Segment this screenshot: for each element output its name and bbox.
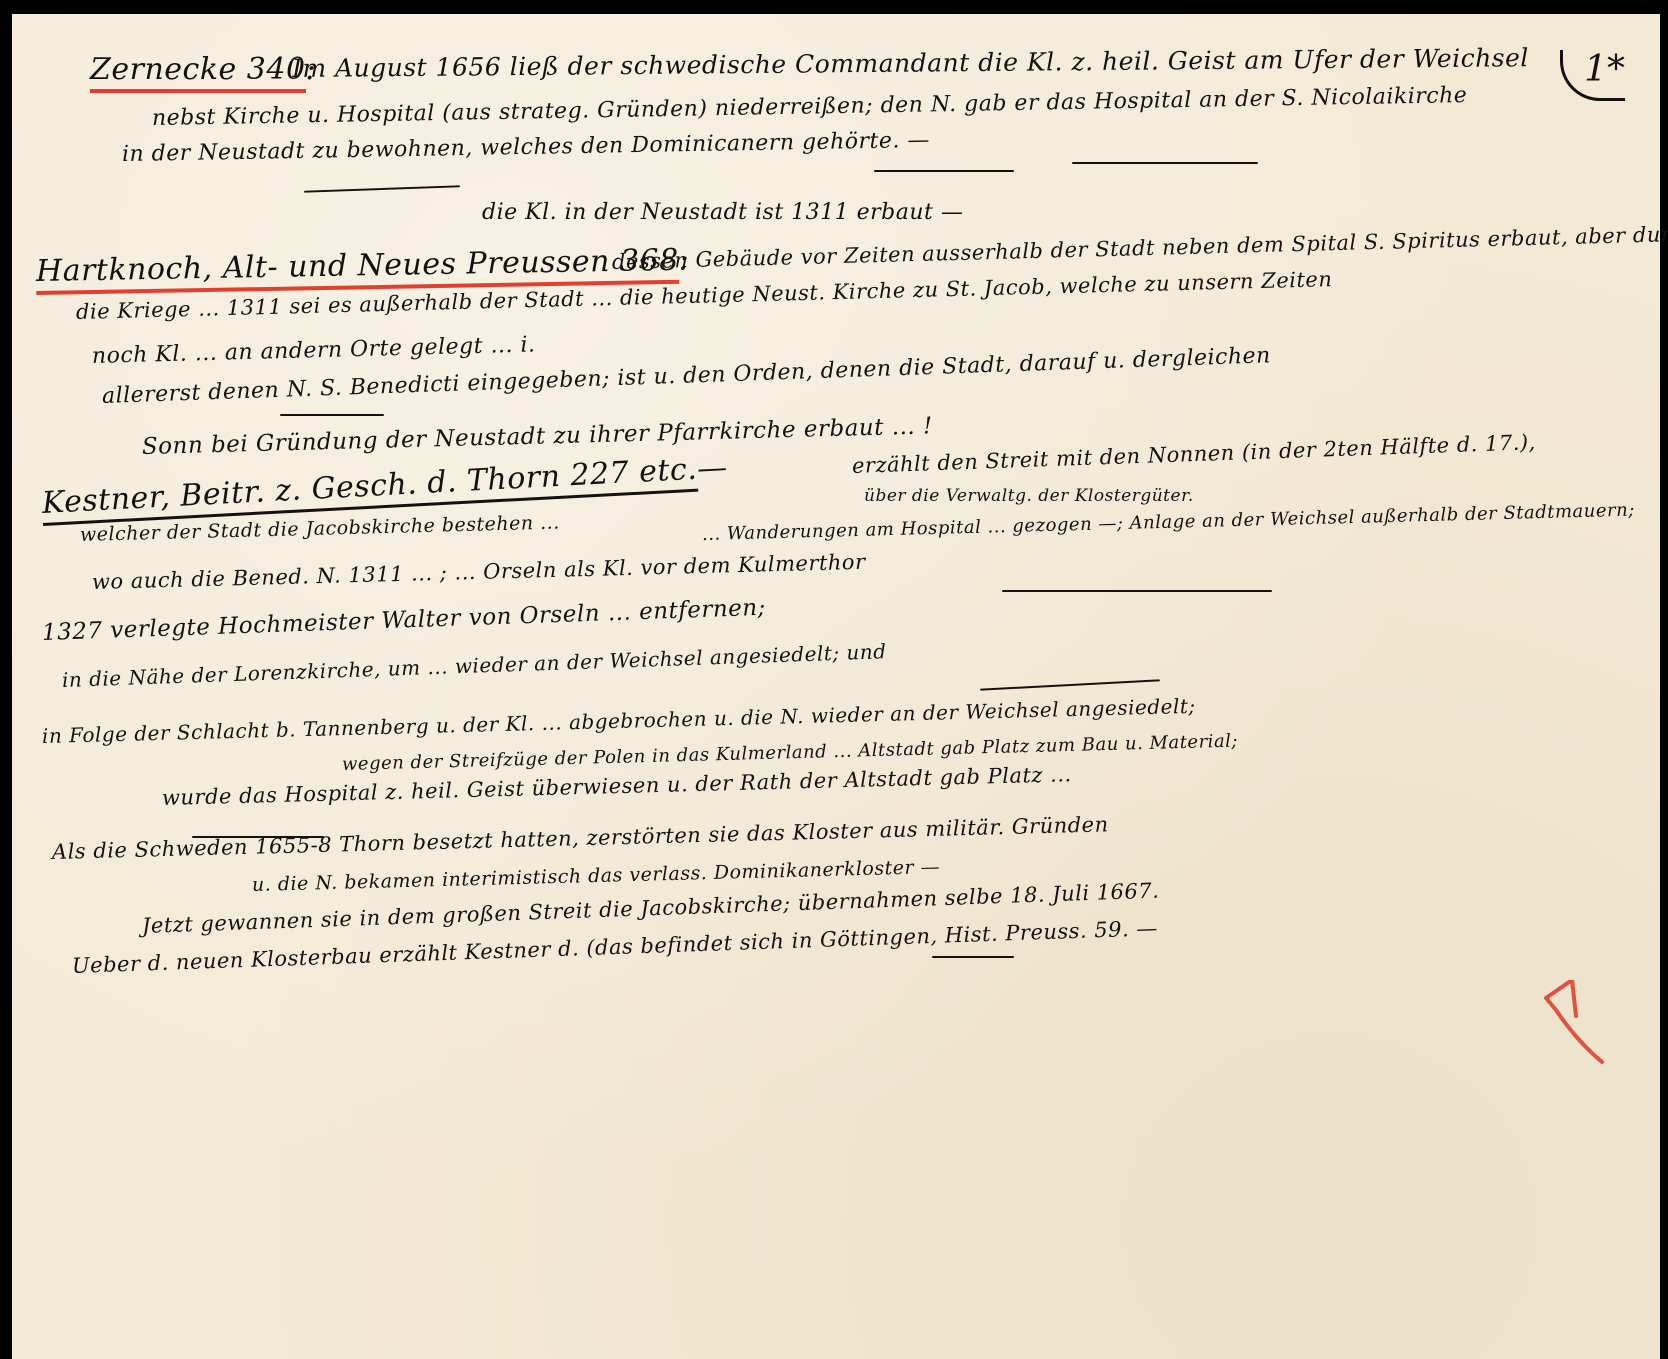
underline-weichsel — [980, 679, 1160, 690]
source-reference: Kestner, Beitr. z. Gesch. d. Thorn 227 e… — [41, 450, 728, 521]
separator-rule — [304, 185, 460, 192]
text-line: dessen Gebäude vor Zeiten ausserhalb der… — [612, 222, 1668, 274]
text-line: 1327 verlegte Hochmeister Walter von Ors… — [42, 595, 767, 646]
separator-rule — [874, 170, 1014, 172]
text-line: wo auch die Bened. N. 1311 ... ; ... Ors… — [92, 550, 866, 594]
underline-goettingen — [932, 956, 1014, 958]
text-line: erzählt den Streit mit den Nonnen (in de… — [852, 430, 1537, 478]
source-zernecke: Zernecke 340 — [90, 52, 306, 93]
source-reference: Zernecke 340: — [90, 52, 316, 87]
source-reference: Hartknoch, Alt- und Neues Preussen 368: — [36, 243, 690, 289]
text-line: in der Neustadt zu bewohnen, welches den… — [122, 128, 930, 167]
text-line: in die Nähe der Lorenzkirche, um ... wie… — [62, 639, 887, 692]
separator-rule — [1072, 162, 1258, 164]
text-line: über die Verwaltg. der Klostergüter. — [864, 486, 1194, 506]
manuscript-page: 1* Zernecke 340: Im August 1656 ließ der… — [12, 14, 1660, 1359]
text-line: die Kl. in der Neustadt ist 1311 erbaut … — [482, 200, 963, 225]
text-line: wegen der Streifzüge der Polen in das Ku… — [342, 731, 1239, 775]
text-line: Als die Schweden 1655-8 Thorn besetzt ha… — [52, 812, 1109, 864]
source-kestner: Kestner, Beitr. z. Gesch. d. Thorn 227 e… — [41, 452, 698, 526]
text-line: ... Wanderungen am Hospital ... gezogen … — [702, 500, 1635, 545]
text-line: nebst Kirche u. Hospital (aus strateg. G… — [152, 83, 1468, 131]
text-line: wurde das Hospital z. heil. Geist überwi… — [162, 762, 1072, 810]
text-line: noch Kl. ... an andern Orte gelegt ... i… — [92, 332, 536, 369]
underline-benedicti — [280, 414, 384, 416]
underline-kulmerthor — [1002, 590, 1272, 592]
page-number-marker: 1* — [1560, 50, 1625, 101]
red-pencil-arrow-icon — [1536, 980, 1606, 1080]
text-line: Im August 1656 ließ der schwedische Comm… — [292, 43, 1529, 83]
text-line: Sonn bei Gründung der Neustadt zu ihrer … — [142, 413, 933, 460]
